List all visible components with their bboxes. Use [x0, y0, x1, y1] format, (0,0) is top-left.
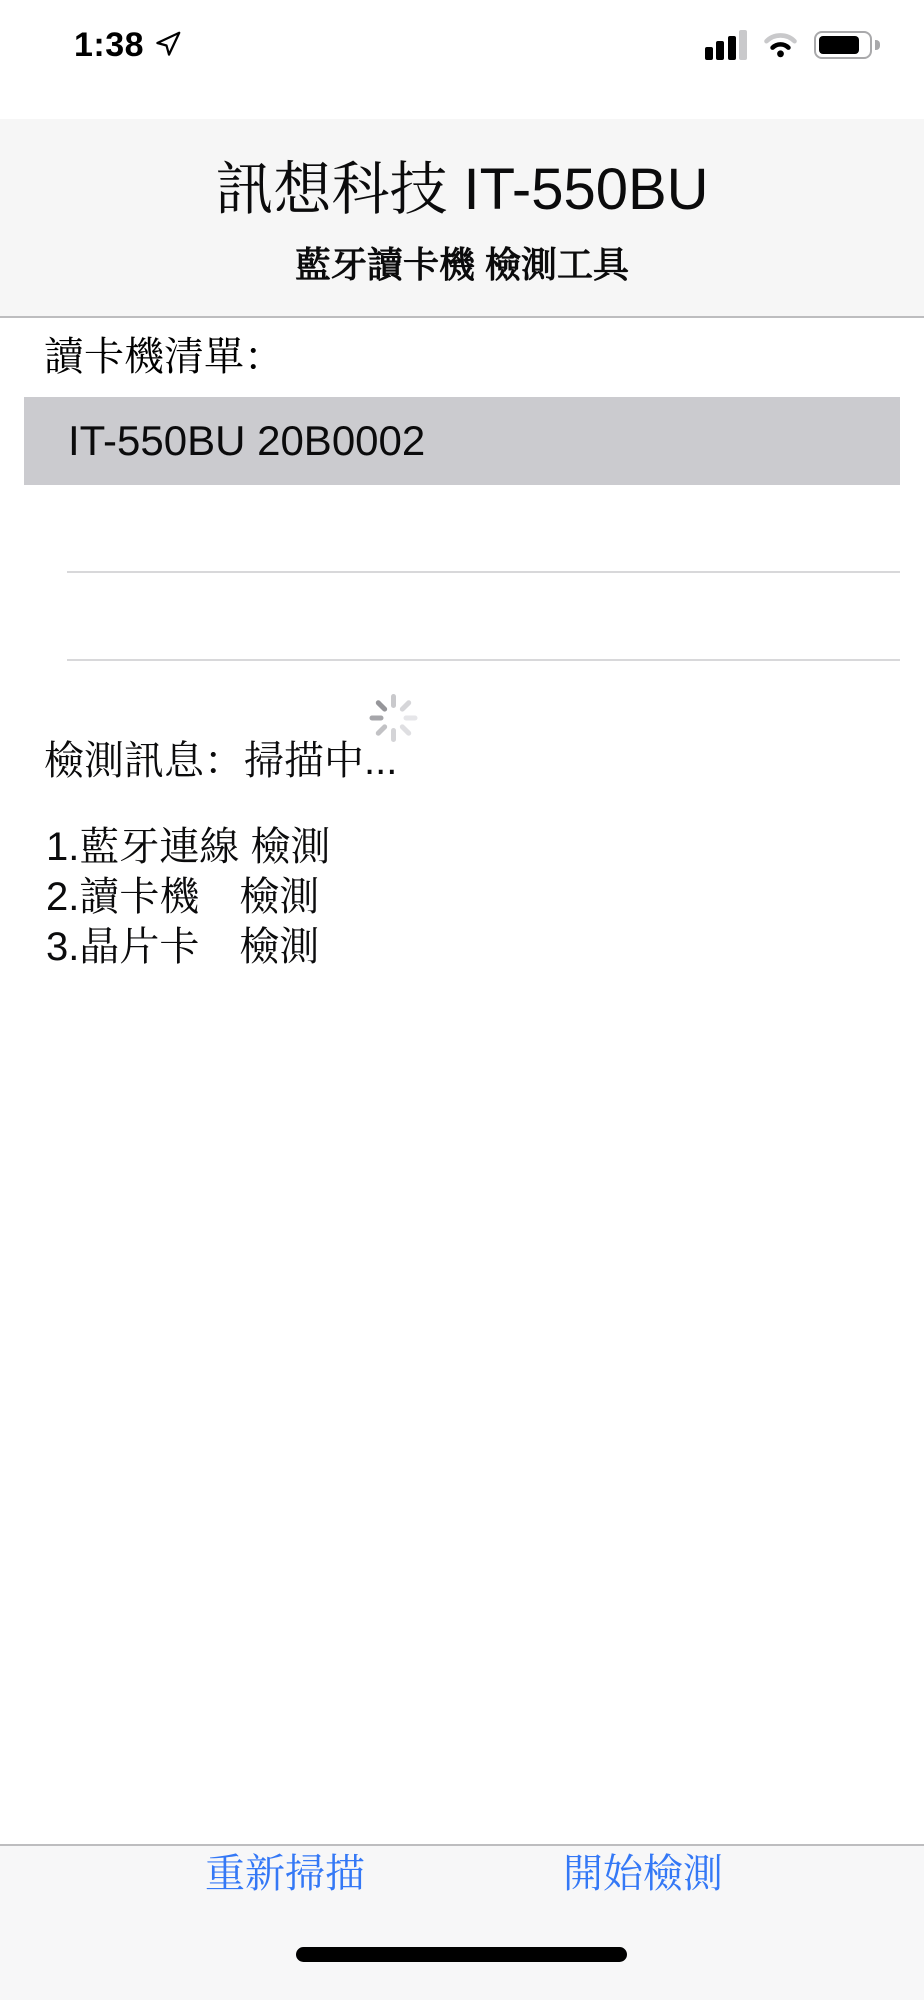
check-item-reader: 2.讀卡機 檢測 — [46, 872, 330, 922]
battery-icon — [814, 31, 880, 59]
check-item-chip-card: 3.晶片卡 檢測 — [46, 922, 330, 972]
device-name: IT-550BU 20B0002 — [68, 417, 425, 465]
detect-status-message: 檢測訊息：掃描中... — [44, 736, 397, 786]
reader-list-label: 讀卡機清單： — [44, 332, 284, 382]
status-time: 1:38 — [74, 26, 144, 65]
app-screen: 1:38 訊想科技 IT-550BU 藍牙讀卡機 檢測工具 讀卡機清單 — [0, 0, 924, 2000]
reader-list: IT-550BU 20B0002 — [24, 397, 900, 661]
status-bar: 1:38 — [0, 0, 924, 119]
home-indicator-bar[interactable] — [296, 1947, 627, 1962]
status-right-icons — [705, 28, 880, 62]
check-item-bluetooth: 1.藍牙連線 檢測 — [46, 822, 330, 872]
rescan-button[interactable]: 重新掃描 — [205, 1850, 365, 1898]
cellular-signal-icon — [705, 30, 747, 60]
wifi-icon — [764, 32, 797, 58]
row-separator — [67, 659, 900, 661]
device-row-empty — [24, 573, 900, 661]
check-list: 1.藍牙連線 檢測 2.讀卡機 檢測 3.晶片卡 檢測 — [46, 822, 330, 972]
device-row-empty — [24, 485, 900, 573]
activity-spinner-icon — [369, 694, 417, 742]
page-title: 訊想科技 IT-550BU — [0, 119, 924, 225]
app-header: 訊想科技 IT-550BU 藍牙讀卡機 檢測工具 — [0, 119, 924, 318]
page-subtitle: 藍牙讀卡機 檢測工具 — [0, 243, 924, 287]
bottom-toolbar: 重新掃描 開始檢測 — [0, 1844, 924, 2000]
start-detect-button[interactable]: 開始檢測 — [563, 1850, 723, 1898]
device-row-selected[interactable]: IT-550BU 20B0002 — [24, 397, 900, 485]
location-arrow-icon — [153, 29, 183, 59]
